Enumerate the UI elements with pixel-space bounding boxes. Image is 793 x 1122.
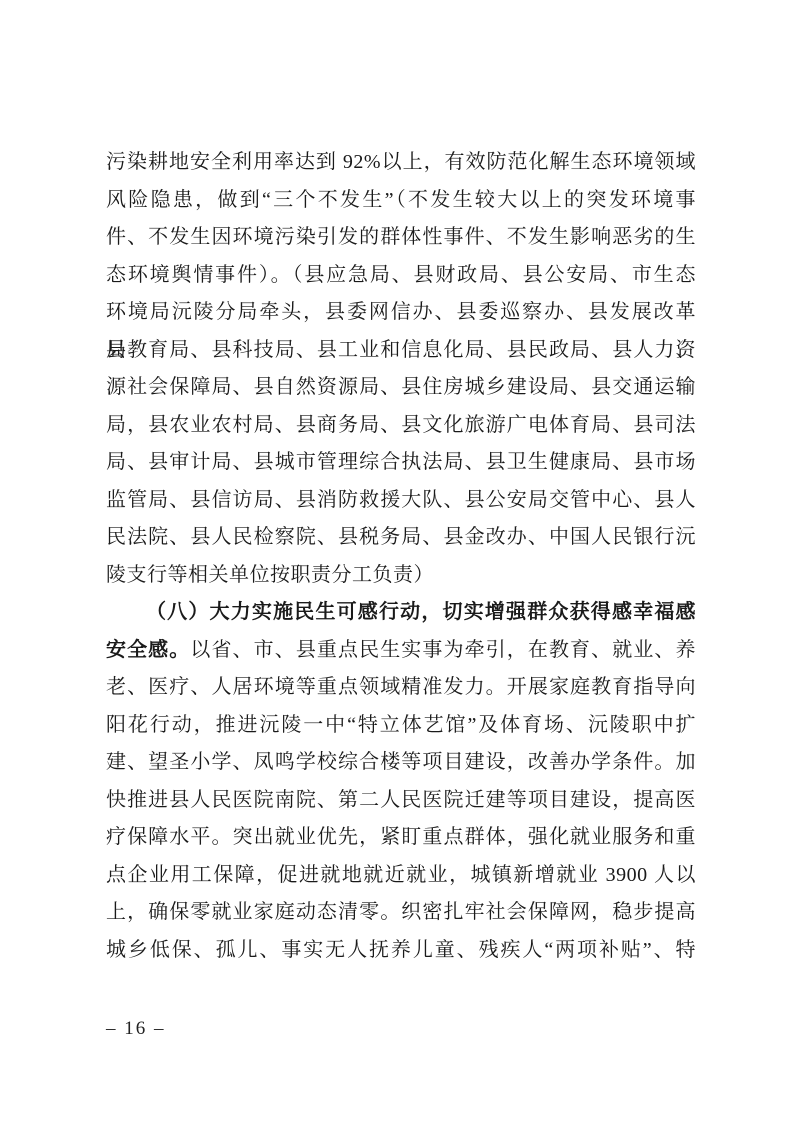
text-line: 局、县审计局、县城市管理综合执法局、县卫生健康局、县市场 [106,444,696,482]
text-line: 安全感。以省、市、县重点民生实事为牵引，在教育、就业、养 [106,632,696,670]
text-line: 件、不发生因环境污染引发的群体性事件、不发生影响恶劣的生 [106,219,696,257]
text-line: 源社会保障局、县自然资源局、县住房城乡建设局、县交通运输 [106,369,696,407]
text-line: 快推进县人民医院南院、第二人民医院迁建等项目建设，提高医 [106,782,696,820]
text-line: 环境局沅陵分局牵头，县委网信办、县委巡察办、县发展改革局、 [106,294,696,332]
text-line: 县教育局、县科技局、县工业和信息化局、县民政局、县人力资 [106,332,696,370]
text-line: 监管局、县信访局、县消防救援大队、县公安局交管中心、县人 [106,482,696,520]
text-line: 城乡低保、孤儿、事实无人抚养儿童、残疾人“两项补贴”、特 [106,932,696,970]
page-number: – 16 – [106,1018,166,1040]
document-page: 污染耕地安全利用率达到 92%以上，有效防范化解生态环境领域 风险隐患，做到“三… [0,0,793,1122]
text-line: 点企业用工保障，促进就地就近就业，城镇新增就业 3900 人以 [106,857,696,895]
text-line: 风险隐患，做到“三个不发生”（不发生较大以上的突发环境事 [106,182,696,220]
text-line: 阳花行动，推进沅陵一中“特立体艺馆”及体育场、沅陵职中扩 [106,707,696,745]
text-line: 民法院、县人民检察院、县税务局、县金改办、中国人民银行沅 [106,519,696,557]
text-line: 建、望圣小学、凤鸣学校综合楼等项目建设，改善办学条件。加 [106,744,696,782]
text-line: 疗保障水平。突出就业优先，紧盯重点群体，强化就业服务和重 [106,819,696,857]
text-line: 污染耕地安全利用率达到 92%以上，有效防范化解生态环境领域 [106,144,696,182]
text-line: 局，县农业农村局、县商务局、县文化旅游广电体育局、县司法 [106,407,696,445]
text-line: 态环境舆情事件）。（县应急局、县财政局、县公安局、市生态 [106,257,696,295]
document-body: 污染耕地安全利用率达到 92%以上，有效防范化解生态环境领域 风险隐患，做到“三… [106,144,696,969]
text-line-paragraph-end: 陵支行等相关单位按职责分工负责） [106,557,696,595]
text-line: 老、医疗、人居环境等重点领域精准发力。开展家庭教育指导向 [106,669,696,707]
section-heading-line: （八）大力实施民生可感行动，切实增强群众获得感幸福感 [106,594,696,632]
text-line-segment: 以省、市、县重点民生实事为牵引，在教育、就业、养 [190,639,696,661]
text-line: 上，确保零就业家庭动态清零。织密扎牢社会保障网，稳步提高 [106,894,696,932]
heading-continuation: 安全感。 [106,639,190,661]
